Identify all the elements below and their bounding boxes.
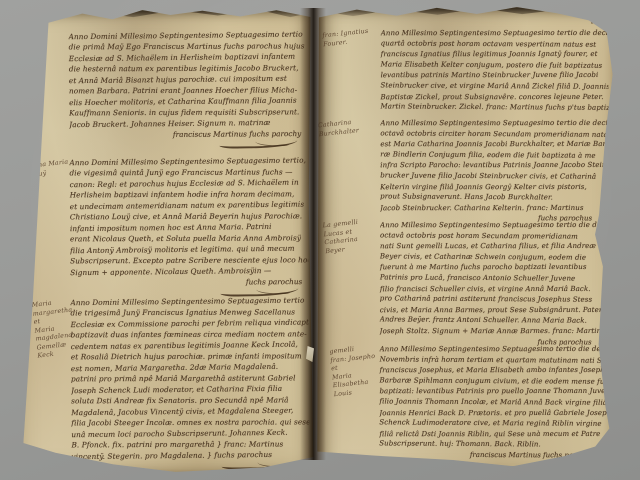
manuscript-line: Steinbrucker cive, et virgine Mariâ Annâ…: [381, 80, 609, 92]
baptism-entry: gemellifran: JosephoetMariaElisabethaLou…: [315, 343, 617, 470]
manuscript-line: filio Joannis Thomann Incolæ, et Mariâ A…: [379, 396, 607, 408]
manuscript-line: prout Subsignaverunt. Hans Jacob Burckha…: [380, 192, 608, 204]
signature-flourish-icon: [521, 462, 599, 470]
entry-text: Anno Domini Millesimo Septingentesimo Se…: [69, 29, 308, 130]
signature: fuchs parochus: [14, 276, 302, 289]
signature: franciscus Martinus fuchs parochy: [13, 128, 301, 141]
margin-note: fran: IgnatiusFourer.: [322, 27, 377, 49]
left-page: BarbaraBruckertAnno Domini Millesimo Sep…: [12, 5, 317, 475]
entry-text: Anno Domini Millesimo Septingentesimo Se…: [70, 295, 309, 462]
manuscript-line: Patrinis pro Lucâ, francisco Antonio Sch…: [380, 272, 608, 284]
manuscript-line: infra Scripto Parocho: levantibus Patrin…: [380, 160, 608, 171]
entry-text: Anno Domini Millesimo Septingentesimo Se…: [69, 155, 308, 278]
page-number: 2: [591, 16, 597, 26]
baptism-entry: CatharinaBurckhalterAnno Millesimo Septi…: [316, 117, 618, 224]
entry-text: Anno Millesimo Septingentesimo Septuages…: [380, 118, 608, 214]
manuscript-line: levantibus patrinis Martino Steinbrucker…: [381, 70, 609, 81]
right-page: 2 fran: IgnatiusFourer.Anno Millesimo Se…: [315, 3, 619, 476]
signature-flourish-icon: [219, 140, 297, 149]
signature: franciscus Martinus fuchs paroch.: [315, 449, 591, 461]
manuscript-line: Anno Millesimo Septingentesimo Septuages…: [380, 220, 608, 231]
manuscript-line: Anno Millesimo Septingentesimo Septuages…: [381, 28, 609, 39]
manuscript-line: Martin Steinbrucker. Zickel. franc: Mart…: [380, 102, 608, 114]
manuscript-line: pro Catharinâ patrini astiterunt francis…: [380, 294, 608, 306]
margin-note: La gemelliLucas et CatharinaBeyer: [322, 217, 379, 256]
baptism-entry: MariamargarethaetMariamagdalenaGemellæKe…: [14, 295, 317, 471]
manuscript-scan: BarbaraBruckertAnno Domini Millesimo Sep…: [0, 0, 640, 480]
margin-note-line: Bruckert: [15, 40, 70, 54]
entry-text: Anno Millesimo Septingentesimo Septuages…: [379, 344, 607, 451]
manuscript-line: franciscus Josephus, et Maria Elisabeth …: [380, 365, 608, 376]
manuscript-line: Schenck Ludimoderatore cive, et Maria re…: [379, 418, 607, 430]
manuscript-line: Anno Millesimo Septingentesimo Septuages…: [380, 118, 608, 129]
entry-text: Anno Millesimo Septingentesimo Septuages…: [380, 220, 608, 337]
manuscript-line: Andres Beÿer. frantz Antoni Schueller. A…: [380, 315, 608, 327]
manuscript-line: franciscus Ignatius filius legitimus Joa…: [381, 49, 609, 60]
manuscript-line: baptizati: levantibus Patrinis pro puell…: [379, 386, 607, 397]
margin-note: CatharinaBurckhalter: [318, 117, 373, 139]
manuscript-line: vincentÿ. Stegerin. pro Magdalena. } fuc…: [71, 448, 309, 462]
baptism-entry: fran: IgnatiusFourer.Anno Millesimo Sept…: [316, 27, 618, 113]
baptism-entry: BarbaraBruckertAnno Domini Millesimo Sep…: [13, 29, 316, 150]
signature-flourish-icon: [222, 461, 300, 470]
baptism-entry: Anna MariaLouÿAnno Domini Millesimo Sept…: [13, 155, 316, 298]
margin-note: BarbaraBruckert: [14, 32, 70, 55]
entry-text: Anno Millesimo Septingentesimo Septuages…: [380, 28, 608, 114]
manuscript-line: est Maria Catharina Joannis Jacobi Burck…: [380, 139, 608, 150]
manuscript-line: brucker Juvene filio Jacobi Steinbrucker…: [380, 170, 608, 182]
manuscript-line: Subscripserunt. huj: Thomann. Back. Ribl…: [379, 439, 607, 451]
manuscript-line: Anno Millesimo Septingentesimo Septuages…: [380, 344, 608, 355]
baptism-entry: La gemelliLucas et CatharinaBeyerAnno Mi…: [316, 219, 618, 347]
manuscript-line: nati Sunt gemelli Lucas, et Catharina fi…: [380, 241, 608, 252]
manuscript-line: Joseph Stoltz. Signum + Mariæ Annæ Barme…: [380, 326, 608, 337]
manuscript-line: fuerunt à me Martino fuchs parocho bapti…: [380, 262, 608, 273]
manuscript-line: Jacob Steinbrucker. Catharina Kelterin. …: [380, 203, 608, 214]
